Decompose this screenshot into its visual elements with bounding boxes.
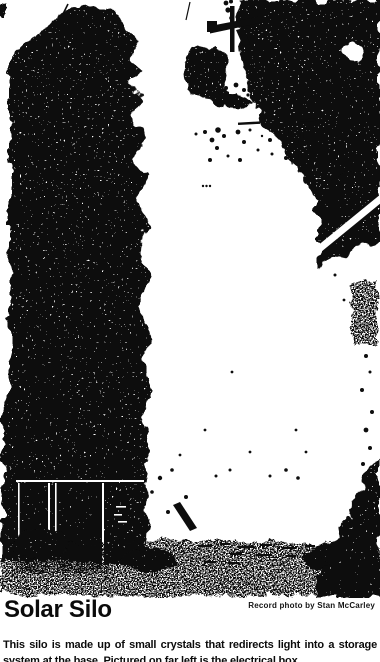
silo-photo-art (0, 0, 380, 598)
caption-body-line-2: system at the base. Pictured on far left… (3, 654, 377, 662)
caption-headline: Solar Silo (4, 596, 112, 624)
caption-body: This silo is made up of small crystals t… (3, 638, 377, 662)
photo-credit: Record photo by Stan McCarley (248, 601, 375, 610)
newspaper-clipping: Record photo by Stan McCarley Solar Silo… (0, 0, 380, 662)
silo-photo (0, 0, 380, 598)
canopy-gap (341, 44, 363, 60)
corner-mark (0, 4, 9, 16)
caption-body-line-1: This silo is made up of small crystals t… (3, 638, 377, 654)
tree-left (2, 6, 151, 562)
